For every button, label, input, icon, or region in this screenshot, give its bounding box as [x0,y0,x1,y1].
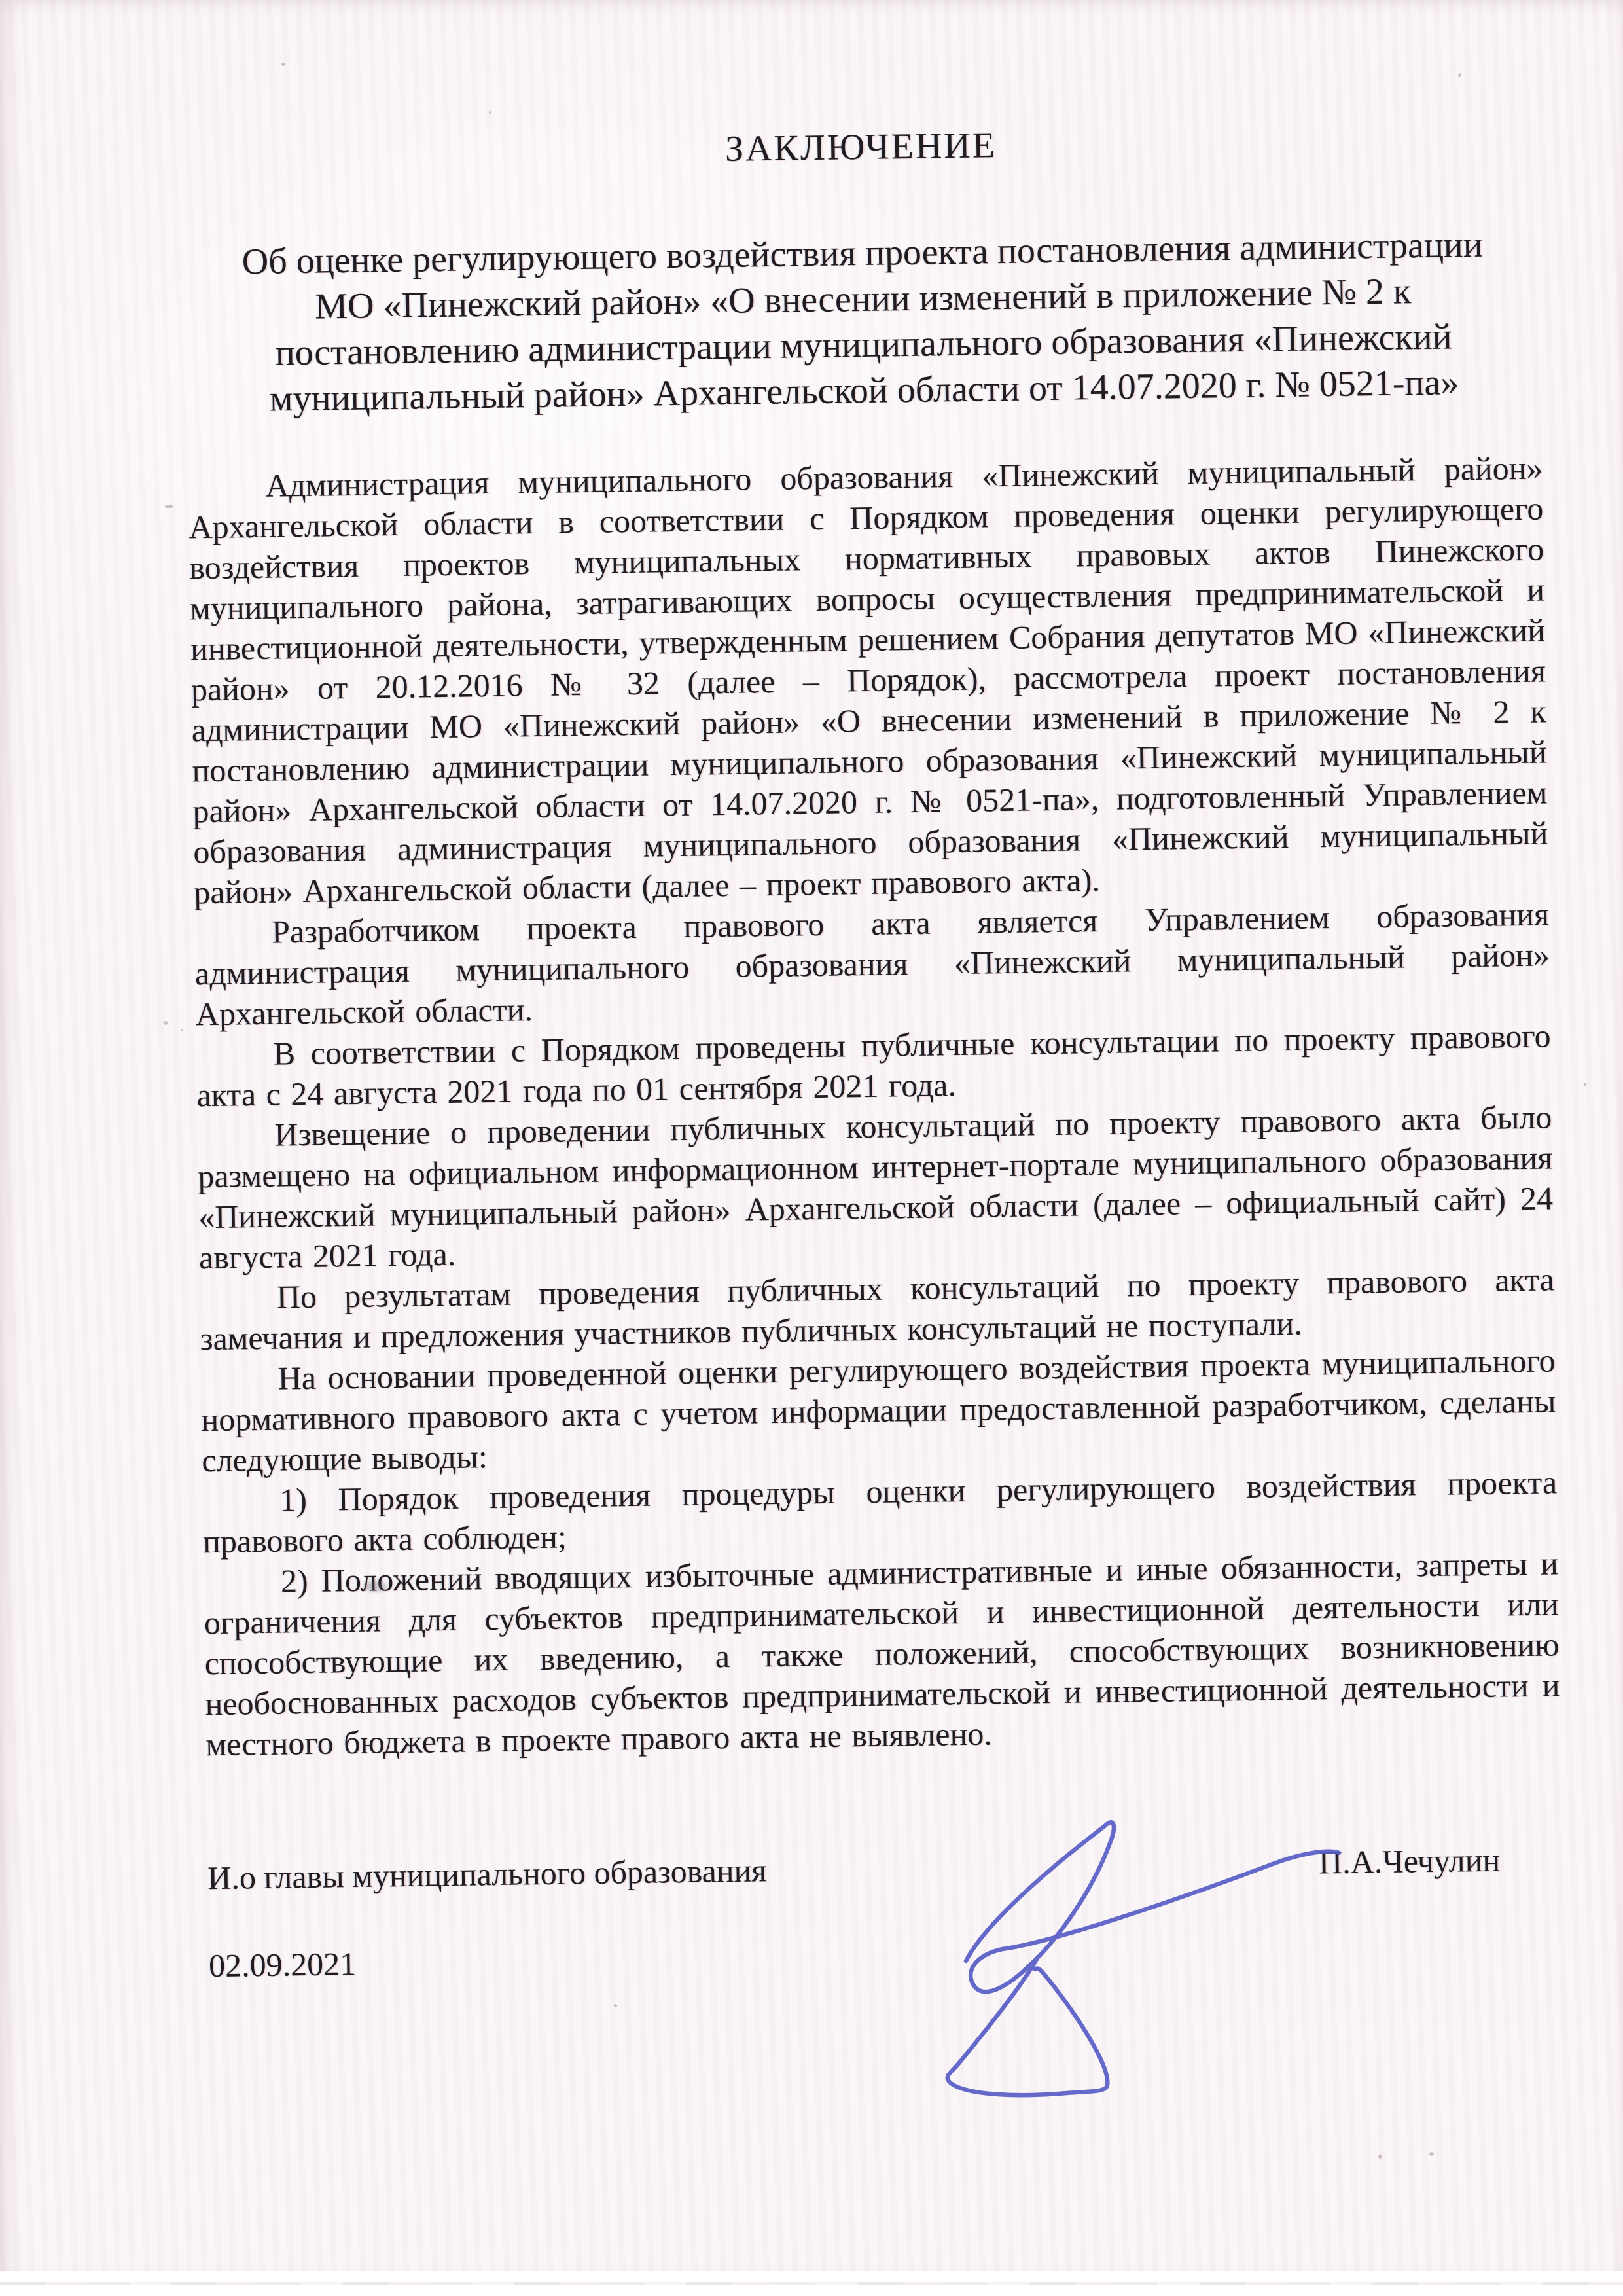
scan-speck [1429,2152,1434,2156]
signatory-name: П.А.Чечулин [1319,1840,1501,1883]
scan-speck [1584,1083,1586,1086]
signature-block: И.о главы муниципального образования П.А… [207,1839,1563,1898]
signatory-role-label: И.о главы муниципального образования [207,1850,767,1898]
body-paragraph: Администрация муниципального образования… [188,447,1548,912]
scan-speck [181,1029,183,1031]
scan-speck [1458,73,1461,77]
body-paragraph: 2) Положений вводящих избыточные админис… [204,1543,1561,1765]
document-content: ЗАКЛЮЧЕНИЕ Об оценке регулирующего возде… [183,115,1563,1986]
scan-speck [489,111,491,114]
body-paragraph: Разработчиком проекта правового акта явл… [194,893,1550,1034]
body-paragraph: На основании проведенной оценки регулиру… [200,1340,1556,1480]
scanned-document-page: { "document": { "title": "ЗАКЛЮЧЕНИЕ", "… [0,0,1623,2296]
scan-smudge [364,1581,387,1592]
scan-speck [1378,2155,1382,2159]
scan-speck [281,63,285,66]
scan-speck [164,1021,168,1025]
document-body: Администрация муниципального образования… [188,447,1560,1765]
document-subtitle: Об оценке регулирующего воздействия прое… [185,221,1542,423]
body-paragraph: Извещение о проведении публичных консуль… [197,1096,1554,1278]
scanner-edge-artifact [0,2282,1623,2285]
scan-speck [165,505,173,508]
scan-speck [614,2004,617,2007]
